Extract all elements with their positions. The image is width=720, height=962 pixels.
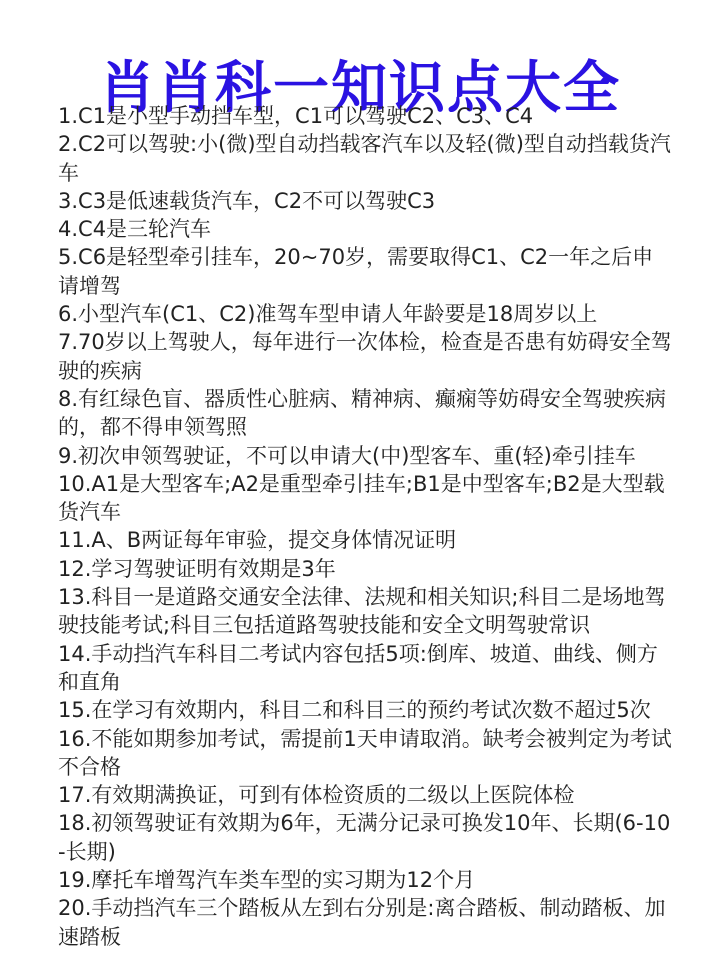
list-item: 19.摩托车增驾汽车类车型的实习期为12个月: [58, 866, 674, 894]
list-item: 20.手动挡汽车三个踏板从左到右分别是:离合踏板、制动踏板、加速踏板: [58, 894, 674, 951]
list-item: 12.学习驾驶证明有效期是3年: [58, 555, 674, 583]
list-item: 15.在学习有效期内，科目二和科目三的预约考试次数不超过5次: [58, 696, 674, 724]
list-item: 5.C6是轻型牵引挂车，20~70岁，需要取得C1、C2一年之后申请增驾: [58, 243, 674, 300]
list-item: 7.70岁以上驾驶人，每年进行一次体检，检查是否患有妨碍安全驾驶的疾病: [58, 328, 674, 385]
list-item: 9.初次申领驾驶证，不可以申请大(中)型客车、重(轻)牵引挂车: [58, 442, 674, 470]
list-item: 18.初领驾驶证有效期为6年，无满分记录可换发10年、长期(6-10-长期): [58, 809, 674, 866]
list-item: 11.A、B两证每年审验，提交身体情况证明: [58, 526, 674, 554]
list-item: 3.C3是低速载货汽车，C2不可以驾驶C3: [58, 187, 674, 215]
list-item: 16.不能如期参加考试，需提前1天申请取消。缺考会被判定为考试不合格: [58, 725, 674, 782]
list-item: 13.科目一是道路交通安全法律、法规和相关知识;科目二是场地驾驶技能考试;科目三…: [58, 583, 674, 640]
list-item: 10.A1是大型客车;A2是重型牵引挂车;B1是中型客车;B2是大型载货汽车: [58, 470, 674, 527]
list-item: 14.手动挡汽车科目二考试内容包括5项:倒库、坡道、曲线、侧方和直角: [58, 640, 674, 697]
list-item: 2.C2可以驾驶:小(微)型自动挡载客汽车以及轻(微)型自动挡载货汽车: [58, 130, 674, 187]
list-item: 1.C1是小型手动挡车型，C1可以驾驶C2、C3、C4: [58, 102, 674, 130]
knowledge-point-list: 1.C1是小型手动挡车型，C1可以驾驶C2、C3、C4 2.C2可以驾驶:小(微…: [58, 102, 674, 951]
list-item: 6.小型汽车(C1、C2)准驾车型申请人年龄要是18周岁以上: [58, 300, 674, 328]
list-item: 4.C4是三轮汽车: [58, 215, 674, 243]
list-item: 17.有效期满换证，可到有体检资质的二级以上医院体检: [58, 781, 674, 809]
list-item: 8.有红绿色盲、器质性心脏病、精神病、癫痫等妨碍安全驾驶疾病的，都不得申领驾照: [58, 385, 674, 442]
